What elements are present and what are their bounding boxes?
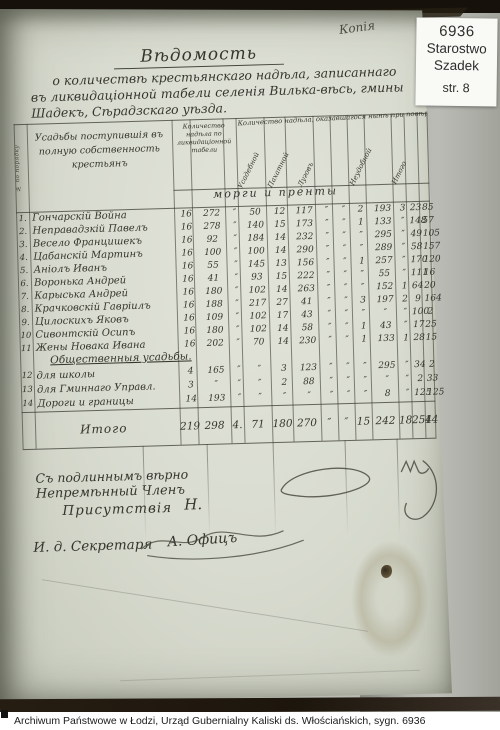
table-cell: 28: [413, 332, 426, 342]
table-cell: 16: [178, 261, 196, 271]
table-cell: ″: [233, 393, 246, 403]
table-cell: 2: [425, 306, 436, 316]
table-cell: ″: [318, 205, 335, 215]
table-cell: 13: [270, 258, 291, 269]
table-cell: ″: [353, 243, 370, 253]
table-cell: 16: [179, 274, 197, 284]
table-cell: 41: [197, 273, 230, 284]
table-cell: ″: [357, 389, 374, 399]
table-cell: 1: [353, 256, 370, 266]
row-number: 9.: [19, 317, 32, 327]
table-cell: 173: [290, 218, 318, 229]
table-cell: ″: [399, 320, 412, 330]
bottom-dark-edge: [0, 697, 500, 714]
table-cell: 100: [242, 246, 270, 257]
table-cell: 49: [410, 228, 423, 238]
table-cell: ″: [231, 324, 244, 334]
table-cell: 2: [352, 204, 369, 214]
table-cell: 3: [396, 203, 409, 213]
table-cell: 16: [178, 235, 196, 245]
table-cell: ″: [318, 218, 335, 228]
archive-label: 6936 Starostwo Szadek str. 8: [415, 17, 497, 106]
table-cell: ″: [337, 282, 354, 292]
table-cell: 23: [409, 202, 422, 212]
table-cell: ″: [323, 390, 340, 400]
table-cell: 41: [292, 296, 320, 307]
table-cell: 16: [178, 248, 196, 258]
table-cell: 71: [244, 418, 272, 431]
table-cell: ″: [401, 388, 414, 398]
table-cell: ″: [228, 220, 241, 230]
table-cell: 25: [425, 319, 436, 329]
table-cell: 33: [427, 374, 438, 384]
table-cell: ″: [321, 309, 338, 319]
table-cell: 92: [196, 234, 229, 245]
table-cell: 58: [293, 322, 321, 333]
table-cell: 289: [370, 242, 397, 253]
row-number: 7.: [18, 291, 31, 301]
table-cell: 156: [291, 257, 319, 268]
total-cells: 2192984.71180270″″152421825414: [180, 414, 436, 433]
table-cell: 217: [244, 298, 272, 309]
caption-corner-mark: [1, 710, 8, 718]
table-cell: 3: [182, 380, 200, 390]
row-number: 1.: [16, 213, 29, 223]
table-cell: 2: [426, 360, 437, 370]
name-column-header: Усадьбы поступившія въ полную собственно…: [30, 128, 169, 174]
table-cell: ″: [353, 230, 370, 240]
table-cell: 55: [371, 268, 398, 279]
table-cell: 15: [355, 415, 372, 427]
table-cell: 70: [245, 337, 273, 348]
row-number: 13: [21, 385, 34, 395]
table-cell: 17: [272, 310, 293, 321]
table-cell: ″: [322, 335, 339, 345]
diagonal-column-label: Усадебной: [236, 151, 261, 190]
table-cell: 202: [199, 338, 232, 349]
table-cell: 133: [373, 333, 400, 344]
table-cell: 2: [274, 378, 295, 389]
units-note: морги и пренты: [185, 183, 365, 201]
table-cell: ″: [319, 244, 336, 254]
table-cell: 170: [410, 254, 423, 264]
table-cell: ″: [357, 375, 374, 385]
table-cell: ″: [338, 416, 355, 428]
table-cell: 16: [180, 326, 198, 336]
table-cell: ″: [320, 283, 337, 293]
label-page: str. 8: [416, 80, 497, 95]
table-cell: 3: [273, 364, 294, 375]
table-cell: ″: [340, 376, 357, 386]
secretary-flourish-icon: [135, 518, 316, 567]
table-cell: 102: [243, 285, 271, 296]
table-cell: ″: [339, 334, 356, 344]
table-cell: ″: [230, 285, 243, 295]
table-cell: 1: [398, 281, 411, 291]
table-cell: 16: [180, 300, 198, 310]
table-cell: 232: [291, 231, 319, 242]
table-cell: ″: [246, 392, 274, 403]
archive-caption: Archiwum Państwowe w Łodzi, Urząd Gubern…: [14, 715, 425, 727]
table-cell: 242: [372, 415, 399, 428]
table-cell: ″: [397, 255, 410, 265]
table-cell: ″: [399, 307, 412, 317]
row-number: 4.: [17, 252, 30, 262]
table-cell: 193: [369, 203, 396, 214]
table-cell: ″: [338, 321, 355, 331]
table-cell: ″: [245, 364, 273, 375]
table-cell: 14: [425, 414, 436, 426]
table-cell: ″: [232, 337, 245, 347]
table-cell: 257: [370, 255, 397, 266]
table-cell: ″: [338, 308, 355, 318]
table-cell: ″: [401, 374, 414, 384]
member-title-line: Присутствія: [62, 500, 172, 519]
table-cell: ″: [321, 416, 338, 428]
row-number: 11: [20, 343, 33, 353]
table-cell: 14: [270, 245, 291, 256]
table-cell: 140: [241, 220, 269, 231]
table-cell: ″: [320, 270, 337, 280]
table-cell: ″: [295, 391, 323, 402]
table-cell: ″: [400, 360, 413, 370]
copy-note: Копія: [338, 18, 376, 37]
table-cell: ″: [319, 231, 336, 241]
table-cell: 193: [200, 393, 233, 404]
table-cell: 152: [371, 281, 398, 292]
table-cell: ″: [274, 392, 295, 403]
table-cell: 16: [177, 209, 195, 219]
diagonal-column-label: Неудобной: [348, 147, 373, 187]
table-cell: ″: [355, 308, 372, 318]
table-cell: ″: [335, 217, 352, 227]
member-title-line: Непремѣнный Членъ: [36, 483, 186, 502]
row-number-column-header: № по порядку: [14, 128, 29, 208]
table-cell: ″: [320, 296, 337, 306]
table-cell: ″: [336, 256, 353, 266]
table-cell: ″: [337, 295, 354, 305]
table-cell: ″: [337, 269, 354, 279]
table-cell: ″: [230, 272, 243, 282]
table-cell: 125: [427, 388, 438, 398]
table-cell: 165: [199, 365, 232, 376]
table-cell: ″: [229, 233, 242, 243]
allotment-table: № по порядку Усадьбы поступившія въ полн…: [14, 113, 437, 449]
liquidation-table-group-header: Количество надѣла по ликвидаціонной табе…: [173, 121, 236, 155]
table-cell: 85: [422, 202, 433, 212]
table-cell: 16: [181, 339, 199, 349]
table-cell: ″: [228, 207, 241, 217]
row-number: 5.: [18, 265, 31, 275]
table-cell: 14: [270, 232, 291, 243]
table-cell: 100: [196, 247, 229, 258]
table-cell: 298: [198, 419, 231, 432]
table-cell: 58: [410, 241, 423, 251]
table-cell: 18: [399, 414, 412, 426]
table-cell: ″: [322, 362, 339, 372]
table-cell: 2: [398, 294, 411, 304]
row-number: 12: [20, 371, 33, 381]
table-cell: 27: [272, 297, 293, 308]
table-cell: 1: [356, 334, 373, 344]
table-cell: 14: [271, 284, 292, 295]
table-cell: ″: [372, 307, 399, 318]
label-place: Szadek: [416, 56, 497, 74]
table-cell: 43: [293, 309, 321, 320]
table-cell: ″: [354, 269, 371, 279]
table-cell: ″: [229, 246, 242, 256]
table-cell: 16: [424, 267, 435, 277]
table-cell: 188: [198, 299, 231, 310]
table-cell: ″: [229, 259, 242, 269]
table-cell: ″: [319, 257, 336, 267]
table-cell: 295: [370, 229, 397, 240]
row-number: 3.: [17, 239, 30, 249]
label-number: 6936: [416, 22, 497, 40]
table-cell: 117: [290, 205, 318, 216]
table-cell: 120: [423, 254, 434, 264]
table-cell: 105: [423, 228, 434, 238]
table-cell: 15: [269, 219, 290, 230]
table-cell: ″: [340, 390, 357, 400]
row-number: 10: [19, 330, 32, 340]
table-cell: 180: [197, 286, 230, 297]
table-cell: 55: [196, 260, 229, 271]
document-title: Вѣдомость: [113, 43, 284, 70]
table-cell: ″: [374, 375, 401, 386]
row-name: Дороги и границы: [34, 394, 182, 409]
table-cell: 4.: [231, 419, 244, 431]
table-cell: 219: [180, 420, 198, 432]
table-cell: 102: [244, 311, 272, 322]
table-cell: ″: [356, 361, 373, 371]
table-cell: 180: [272, 418, 293, 431]
table-cell: 15: [271, 271, 292, 282]
table-cell: 16: [180, 313, 198, 323]
table-cell: 14: [273, 336, 294, 347]
table-cell: 17: [412, 319, 425, 329]
member-signature: Н.: [184, 495, 202, 513]
table-cell: 184: [242, 233, 270, 244]
table-cell: 278: [195, 221, 228, 232]
table-cell: ″: [397, 242, 410, 252]
table-cell: 295: [373, 361, 400, 372]
table-cell: 111: [411, 267, 424, 277]
table-cell: 157: [423, 241, 434, 251]
table-cell: 123: [294, 363, 322, 374]
table-cell: 34: [413, 360, 426, 370]
table-cell: 100: [412, 306, 425, 316]
table-cell: 4: [181, 366, 199, 376]
handwritten-content: Копія Вѣдомость о количествѣ крестьянска…: [0, 0, 472, 707]
table-cell: 222: [292, 270, 320, 281]
table-cell: 197: [371, 294, 398, 305]
table-cell: ″: [354, 282, 371, 292]
table-cell: 16: [177, 222, 195, 232]
table-cell: 148: [409, 215, 422, 225]
row-number: 14: [21, 399, 34, 409]
table-cell: 3: [354, 295, 371, 305]
table-cell: 12: [269, 206, 290, 217]
table-cell: 1: [352, 217, 369, 227]
table-cell: 50: [241, 207, 269, 218]
section-heading: Общественныя усадьбы.: [50, 350, 192, 366]
table-cell: ″: [323, 376, 340, 386]
row-number: 8.: [19, 304, 32, 314]
table-cell: ″: [396, 216, 409, 226]
table-body-upper: 1. Гончарскій Война 16272″5012117″″21933…: [16, 201, 434, 356]
table-cell: 43: [372, 320, 399, 331]
table-cell: 109: [198, 312, 231, 323]
table-cell: 14: [182, 394, 200, 404]
table-cell: ″: [398, 268, 411, 278]
table-cell: 57: [422, 215, 433, 225]
table-cell: 1: [355, 321, 372, 331]
table-cell: ″: [233, 379, 246, 389]
table-cell: ″: [335, 204, 352, 214]
table-cell: ″: [321, 322, 338, 332]
table-cell: ″: [397, 229, 410, 239]
row-number: 6.: [18, 278, 31, 288]
total-label: Итого: [22, 420, 180, 438]
table-cell: 15: [426, 332, 437, 342]
table-cell: 93: [243, 272, 271, 283]
table-cell: ″: [246, 378, 274, 389]
table-cell: 180: [198, 325, 231, 336]
table-cell: ″: [336, 243, 353, 253]
table-cell: 8: [374, 389, 401, 400]
table-cell: 88: [295, 377, 323, 388]
table-cell: 102: [244, 324, 272, 335]
table-cell: ″: [231, 298, 244, 308]
table-cell: 20: [424, 280, 435, 290]
label-office: Starostwo: [416, 39, 497, 57]
table-cell: ″: [200, 379, 233, 390]
table-cell: ″: [336, 230, 353, 240]
table-cell: ″: [339, 362, 356, 372]
table-cell: 164: [424, 293, 435, 303]
table-cell: 2: [414, 374, 427, 384]
table-cell: 9: [411, 293, 424, 303]
table-cell: ″: [232, 365, 245, 375]
table-cell: 230: [294, 335, 322, 346]
verified-amount-group-header: Количество надѣла, оказавшагося нынѣ при…: [237, 109, 427, 127]
table-cell: 64: [411, 280, 424, 290]
table-cell: ″: [231, 311, 244, 321]
table-cell: 1: [400, 333, 413, 343]
table-cell: 290: [291, 244, 319, 255]
table-cell: 270: [293, 417, 321, 430]
table-cell: 263: [292, 283, 320, 294]
photo-frame: Копія Вѣдомость о количествѣ крестьянска…: [0, 0, 500, 730]
table-cell: 145: [242, 259, 270, 270]
table-cell: 16: [179, 287, 197, 297]
table-cell: 272: [195, 208, 228, 219]
table-cell: 14: [272, 323, 293, 334]
row-number: 2.: [16, 226, 29, 236]
table-cell: 125: [414, 388, 427, 398]
table-cell: 133: [369, 216, 396, 227]
table-cell: 254: [412, 414, 425, 426]
